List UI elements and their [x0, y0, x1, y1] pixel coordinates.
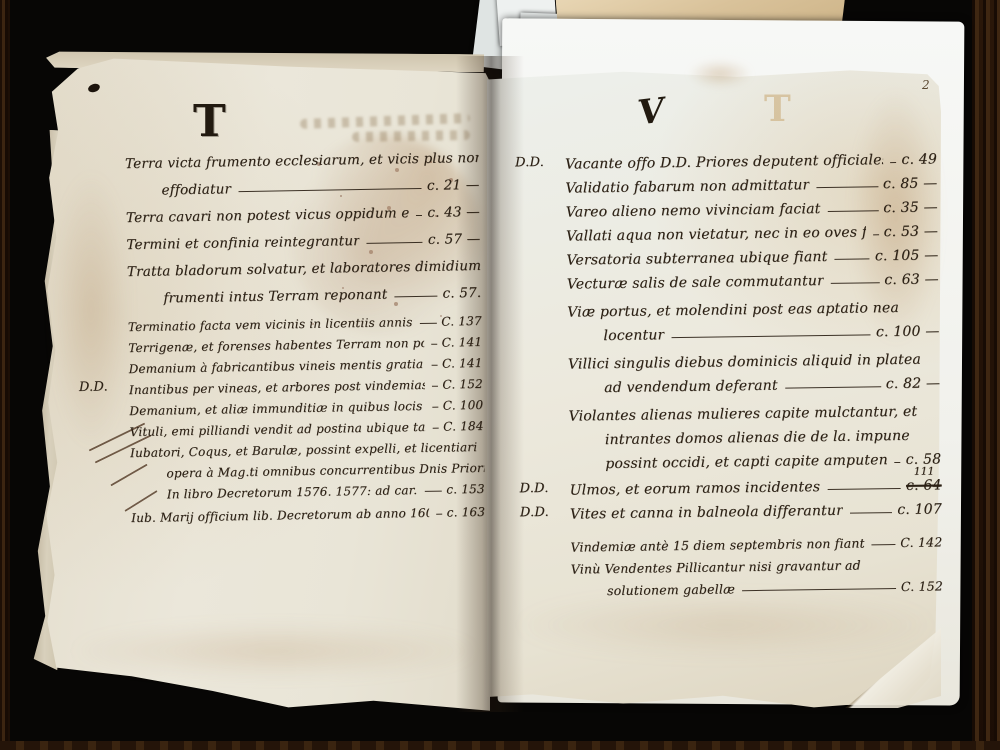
- folio-reference: c. 21 —: [427, 177, 480, 194]
- index-entry-line: locenturc. 100 —: [567, 315, 939, 344]
- entry-text: effodiatur: [161, 181, 231, 198]
- leader-line: [895, 462, 901, 463]
- margin-annotation: D.D.: [520, 481, 549, 496]
- leader-line: [816, 186, 878, 188]
- entry-text: In libro Decretorum 1576. 1577: ad car.: [167, 483, 418, 501]
- margin-annotation: D.D.: [79, 379, 108, 395]
- leader-line: [238, 188, 422, 192]
- folio-reference: C. 152: [442, 377, 483, 392]
- entry-text: Vites et canna in balneola differantur: [570, 503, 843, 523]
- leader-line: [873, 234, 879, 235]
- wood-table-left-edge: [0, 0, 10, 750]
- folio-reference: C. 141: [442, 335, 483, 350]
- folio-reference: c. 57 —: [428, 231, 481, 248]
- folio-reference: c. 53 —: [884, 223, 939, 240]
- leader-line: [827, 488, 901, 490]
- leader-line: [432, 428, 438, 429]
- folio-reference: c. 163: [447, 505, 486, 520]
- leader-line: [831, 282, 879, 284]
- folio-reference: c. 105 —: [875, 247, 939, 264]
- folio-reference: c. 100 —: [876, 323, 940, 340]
- leader-line: [835, 258, 870, 259]
- leader-line: [891, 162, 897, 163]
- leader-line: [785, 386, 881, 388]
- folio-reference: c. 63 —: [884, 271, 939, 288]
- folio-reference: c. 43 —: [427, 204, 480, 221]
- section-letter-v: V: [636, 91, 667, 134]
- folio-reference: c. 153: [446, 482, 485, 497]
- wood-table-bottom-edge: [0, 741, 1000, 750]
- folio-reference-correction: 111: [914, 465, 935, 477]
- entry-text: ad vendendum deferant: [604, 378, 778, 396]
- leader-line: [742, 588, 896, 591]
- leader-line: [431, 365, 437, 366]
- folio-reference: c. 64111: [906, 477, 942, 493]
- folio-reference: c. 49: [901, 151, 937, 167]
- folio-reference: c. 57.: [442, 285, 481, 302]
- entry-text: locentur: [603, 327, 664, 344]
- entry-text: possint occidi, et capti capite amputent…: [605, 452, 888, 472]
- leader-line: [828, 210, 879, 212]
- leader-line: [436, 514, 442, 515]
- index-entry-line: ad vendendum deferantc. 82 —: [568, 367, 940, 396]
- entry-text: frumenti intus Terram reponant: [163, 287, 387, 307]
- margin-annotation: D.D.: [520, 505, 549, 520]
- index-entry-line: possint occidi, et capti capite amputent…: [569, 443, 941, 472]
- folio-reference: c. 82 —: [886, 375, 941, 392]
- folio-reference: C. 142: [900, 534, 942, 550]
- leader-line: [672, 334, 871, 338]
- entry-text: Vecturæ salis de sale commutantur: [567, 273, 824, 293]
- leader-line: [394, 296, 437, 298]
- manuscript-photograph: T T V 2 Terra victa frumento ecclesiarum…: [0, 0, 1000, 750]
- entry-text: solutionem gabellæ: [607, 581, 735, 598]
- folio-reference: C. 141: [442, 356, 483, 371]
- index-entry-line: frumenti intus Terram reponantc. 57.: [127, 274, 481, 307]
- index-entry-line: Vecturæ salis de sale commutanturc. 63 —: [567, 263, 939, 292]
- leader-line: [431, 386, 437, 387]
- margin-annotation: D.D.: [515, 155, 544, 170]
- leader-line: [367, 242, 423, 244]
- ghost-letter-offset: T: [764, 88, 791, 130]
- folio-reference: C. 152: [901, 578, 943, 594]
- leader-line: [424, 491, 441, 492]
- leader-line: [420, 323, 437, 324]
- index-entry-line: D.D.Vites et canna in balneola differant…: [570, 493, 942, 522]
- folio-reference: C. 184: [443, 419, 484, 434]
- folio-reference: c. 107: [897, 501, 942, 518]
- leader-line: [850, 512, 892, 514]
- folio-reference: C. 100: [443, 398, 484, 413]
- leader-line: [416, 215, 422, 216]
- folio-reference: c. 85 —: [883, 175, 938, 192]
- section-letter-t: T: [193, 96, 226, 147]
- left-page-entries: Terra victa frumento ecclesiarum, et vic…: [125, 139, 486, 525]
- folio-number: 2: [922, 78, 930, 92]
- leader-line: [431, 344, 437, 345]
- leader-line: [872, 544, 895, 545]
- folio-reference: c. 35 —: [883, 199, 938, 216]
- wood-table-right-edge: [972, 0, 1000, 750]
- leader-line: [432, 407, 438, 408]
- right-page-entries: D.D.Vacante offo D.D. Priores deputent o…: [565, 143, 943, 598]
- folio-reference: C. 137: [441, 314, 482, 329]
